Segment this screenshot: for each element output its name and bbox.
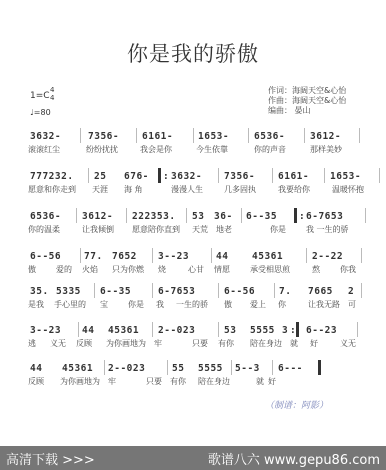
- lyric: 我 一生的骄: [306, 224, 349, 235]
- lyric: 火焰: [82, 264, 98, 275]
- barline: [241, 208, 242, 223]
- barline: [126, 208, 127, 223]
- measure: 7665: [308, 286, 333, 297]
- measure: 6-7653: [158, 286, 195, 297]
- barline: [136, 128, 137, 143]
- composer-credit: 作曲：海阔天空&心怡: [268, 96, 346, 106]
- measure: 3612-: [82, 211, 113, 222]
- lyric: 为你画地为: [106, 338, 146, 349]
- lyric: 反顾: [76, 338, 92, 349]
- measure: 3--23: [158, 251, 189, 262]
- lyric: 漫漫人生: [171, 184, 203, 195]
- measure: 6161-: [278, 171, 309, 182]
- barline: [218, 168, 219, 183]
- barline: [78, 322, 79, 337]
- measure: 3632-: [30, 131, 61, 142]
- song-title: 你是我的骄傲: [0, 38, 386, 68]
- lyric: 地老: [216, 224, 232, 235]
- lyric: 陪在身边: [250, 338, 282, 349]
- measure: 6--56: [224, 286, 255, 297]
- lyric: 我会是你: [140, 144, 172, 155]
- lyric: 那样美妙: [310, 144, 342, 155]
- lyric: 是我: [28, 299, 44, 310]
- measure: 44: [82, 325, 94, 336]
- lyric: 情愿: [214, 264, 230, 275]
- lyric: 反顾: [28, 376, 44, 387]
- lyric: 为你画地为: [60, 376, 100, 387]
- measure: 7356-: [224, 171, 255, 182]
- measure: 44: [216, 251, 228, 262]
- barline: [167, 360, 168, 375]
- measure: 6--35: [246, 211, 277, 222]
- measure: 45361: [62, 363, 93, 374]
- measure: 6--56: [30, 251, 61, 262]
- measure: 2--023: [158, 325, 195, 336]
- lyric: 一生的骄: [176, 299, 208, 310]
- barline: [152, 248, 153, 263]
- barline: [80, 248, 81, 263]
- measure: 6536-: [30, 211, 61, 222]
- measure: 3632-: [171, 171, 202, 182]
- lyric: 傲: [28, 264, 36, 275]
- measure: 6--23: [306, 325, 337, 336]
- measure: 1653-: [330, 171, 361, 182]
- lyric: 熬: [312, 264, 320, 275]
- lyric: 只要: [146, 376, 162, 387]
- lyric: 好: [268, 376, 276, 387]
- lyricist-credit: 作词：海阔天空&心怡: [268, 86, 346, 96]
- footer-bar: 高清下载 >>> 歌谱八六 www.gepu86.com: [0, 446, 386, 470]
- measure: 45361: [252, 251, 283, 262]
- time-signature: 4 4: [50, 86, 54, 102]
- measure: 7.: [279, 286, 291, 297]
- lyric: 陪在身边: [198, 376, 230, 387]
- measure: 6-7653: [306, 211, 343, 222]
- measure: 5555: [250, 325, 275, 336]
- lyric: 宝: [100, 299, 108, 310]
- lyric: 滚滚红尘: [28, 144, 60, 155]
- measure: 222353.: [132, 211, 176, 222]
- repeat-end-barline: [296, 322, 299, 337]
- lyric: 让我倾倒: [82, 224, 114, 235]
- barline: [365, 208, 366, 223]
- measure: 6536-: [254, 131, 285, 142]
- measure: 25: [94, 171, 106, 182]
- lyric: 几多固执: [224, 184, 256, 195]
- hd-download-link[interactable]: 高清下载 >>>: [6, 449, 95, 468]
- lyric: 今生依靠: [196, 144, 228, 155]
- lyric: 就: [256, 376, 264, 387]
- time-signature-top: 4: [50, 86, 54, 94]
- measure: 53: [192, 211, 204, 222]
- lyric: 义无: [340, 338, 356, 349]
- measure: 44: [30, 363, 42, 374]
- lyric: 爱的: [56, 264, 72, 275]
- credits-block: 作词：海阔天空&心怡 作曲：海阔天空&心怡 编曲： 晏山: [268, 86, 346, 116]
- measure: 53: [224, 325, 236, 336]
- lyric: 傲: [224, 299, 232, 310]
- lyric: 承受相思煎: [250, 264, 290, 275]
- barline: [104, 360, 105, 375]
- lyric: 有你: [170, 376, 186, 387]
- lyric: 烧: [158, 264, 166, 275]
- transcriber-credit: （制谱：阿影）: [265, 398, 328, 411]
- measure: 5--3: [235, 363, 260, 374]
- lyric: 有你: [218, 338, 234, 349]
- measure: 77.: [84, 251, 103, 262]
- measure: 36-: [214, 211, 233, 222]
- measure: 55: [172, 363, 184, 374]
- barline: [306, 248, 307, 263]
- barline: [272, 168, 273, 183]
- repeat-start-barline: [158, 168, 161, 183]
- measure: 3: [282, 325, 288, 336]
- barline: [193, 128, 194, 143]
- lyric: 你我: [340, 264, 356, 275]
- lyric: 天涯: [92, 184, 108, 195]
- measure: 6161-: [142, 131, 173, 142]
- lyric: 好: [310, 338, 318, 349]
- barline: [218, 322, 219, 337]
- lyric: 心甘: [188, 264, 204, 275]
- time-signature-bottom: 4: [50, 94, 54, 102]
- measure: 2: [348, 286, 354, 297]
- measure: 676-: [124, 171, 149, 182]
- lyric: 让我无路: [308, 299, 340, 310]
- barline: [152, 322, 153, 337]
- lyric: 义无: [50, 338, 66, 349]
- lyric: 牢: [108, 376, 116, 387]
- barline: [304, 128, 305, 143]
- measure: 777232.: [30, 171, 74, 182]
- barline: [211, 248, 212, 263]
- barline: [76, 208, 77, 223]
- lyric: 你的声音: [254, 144, 286, 155]
- measure: 45361: [108, 325, 139, 336]
- barline: [361, 248, 362, 263]
- barline: [218, 283, 219, 298]
- barline: [379, 168, 380, 183]
- site-link[interactable]: 歌谱八六 www.gepu86.com: [208, 449, 380, 468]
- lyric: 我要给你: [278, 184, 310, 195]
- measure: 2--023: [108, 363, 145, 374]
- measure: 7652: [112, 251, 137, 262]
- lyric: 海 角: [124, 184, 143, 195]
- barline: [231, 360, 232, 375]
- barline: [359, 128, 360, 143]
- lyric: 逃: [28, 338, 36, 349]
- arranger-credit: 编曲： 晏山: [268, 106, 346, 116]
- measure: 5555: [198, 363, 223, 374]
- barline: [94, 283, 95, 298]
- barline: [88, 168, 89, 183]
- lyric: 你的温柔: [28, 224, 60, 235]
- lyric: 只为你燃: [112, 264, 144, 275]
- measure: 3612-: [310, 131, 341, 142]
- barline: [324, 168, 325, 183]
- measure: 3--23: [30, 325, 61, 336]
- lyric: 我: [156, 299, 164, 310]
- lyric: 手心里的: [54, 299, 86, 310]
- measure: 1653-: [198, 131, 229, 142]
- lyric: 温暖怀抱: [332, 184, 364, 195]
- barline: [186, 208, 187, 223]
- barline: [80, 128, 81, 143]
- barline: [361, 283, 362, 298]
- barline: [272, 360, 273, 375]
- lyric: 爱上: [250, 299, 266, 310]
- measure: 6--35: [100, 286, 131, 297]
- key-signature: 1=C: [30, 91, 50, 101]
- repeat-start-barline: [294, 208, 297, 223]
- measure: 7356-: [88, 131, 119, 142]
- lyric: 愿意陪你直到: [132, 224, 180, 235]
- lyric: 你: [278, 299, 286, 310]
- lyric: 你是: [128, 299, 144, 310]
- measure: 35.: [30, 286, 49, 297]
- barline: [152, 283, 153, 298]
- barline: [357, 322, 358, 337]
- lyric: 就: [290, 338, 298, 349]
- lyric: 你是: [270, 224, 286, 235]
- barline: [248, 128, 249, 143]
- lyric: 天荒: [192, 224, 208, 235]
- lyric: 纷纷扰扰: [86, 144, 118, 155]
- lyric: 牢: [154, 338, 162, 349]
- lyric: 只要: [192, 338, 208, 349]
- measure: 5335: [56, 286, 81, 297]
- lyric: 可: [348, 299, 356, 310]
- measure: 6---: [278, 363, 303, 374]
- measure: 2--22: [312, 251, 343, 262]
- barline: [274, 283, 275, 298]
- repeat-dots: :: [163, 171, 169, 182]
- final-barline: [318, 360, 321, 375]
- tempo-marking: ♩=80: [30, 108, 51, 117]
- repeat-dots: :: [299, 211, 305, 222]
- lyric: 愿意和你走到: [28, 184, 76, 195]
